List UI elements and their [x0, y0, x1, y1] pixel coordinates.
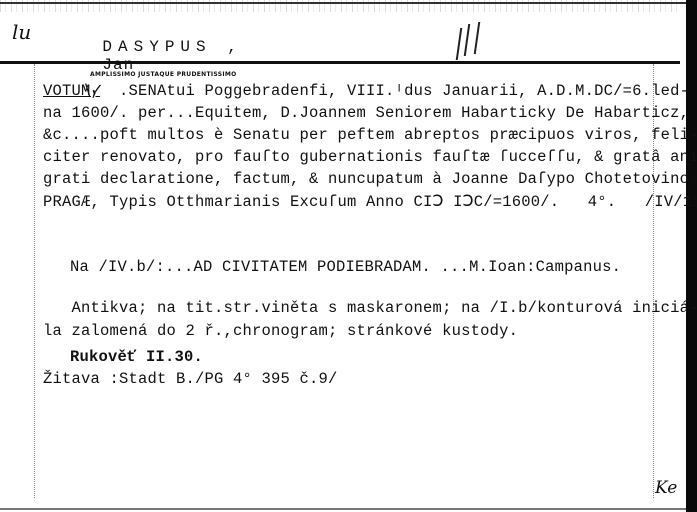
imprint-line: PRAGÆ, Typis Otthmarianis Excuſum Anno C… — [43, 192, 697, 211]
insert-check-icon: \✓ — [85, 80, 104, 99]
scan-right-edge — [686, 0, 697, 512]
incipit-line: Na /IV.b/:...AD CIVITATEM PODIEBRADAM. .… — [70, 258, 621, 276]
title-line-2: na 1600/. per...Equitem, D.Joannem Senio… — [43, 104, 689, 122]
title-line-3: &c....poft multos è Senatu per peftem ab… — [43, 126, 697, 144]
title-line-4: citer renovato, pro fauſto gubernationis… — [43, 148, 697, 166]
stamp-marks-icon — [452, 20, 486, 60]
title-line-5: grati declaratione, factum, & nuncupatum… — [43, 170, 697, 188]
handwritten-insertion: AMPLISSIMO JUSTAQUE PRUDENTISSIMO — [90, 71, 237, 78]
location-line: Žitava :Stadt B./PG 4° 395 č.9/ — [43, 370, 338, 388]
corner-initials: Ke — [655, 478, 677, 498]
handwritten-mark: lu — [12, 20, 31, 44]
reference-line: Rukověť II.30. — [70, 348, 203, 366]
catalog-card: lu DASYPUS , Jan AMPLISSIMO JUSTAQUE PRU… — [0, 0, 697, 512]
note-line-2: la zalomená do 2 ř.,chronogram; stránkov… — [43, 322, 518, 340]
left-margin-line — [34, 64, 35, 498]
author-surname: DASYPUS , — [102, 38, 242, 56]
card-bottom-edge — [0, 508, 686, 510]
note-line-1: Antikva; na tit.str.viněta s maskaronem;… — [43, 299, 697, 317]
card-top-edge — [0, 2, 686, 4]
title-line-1: VOTUM, .SENAtui Poggebradenfi, VIII.ᴵdus… — [43, 82, 689, 100]
